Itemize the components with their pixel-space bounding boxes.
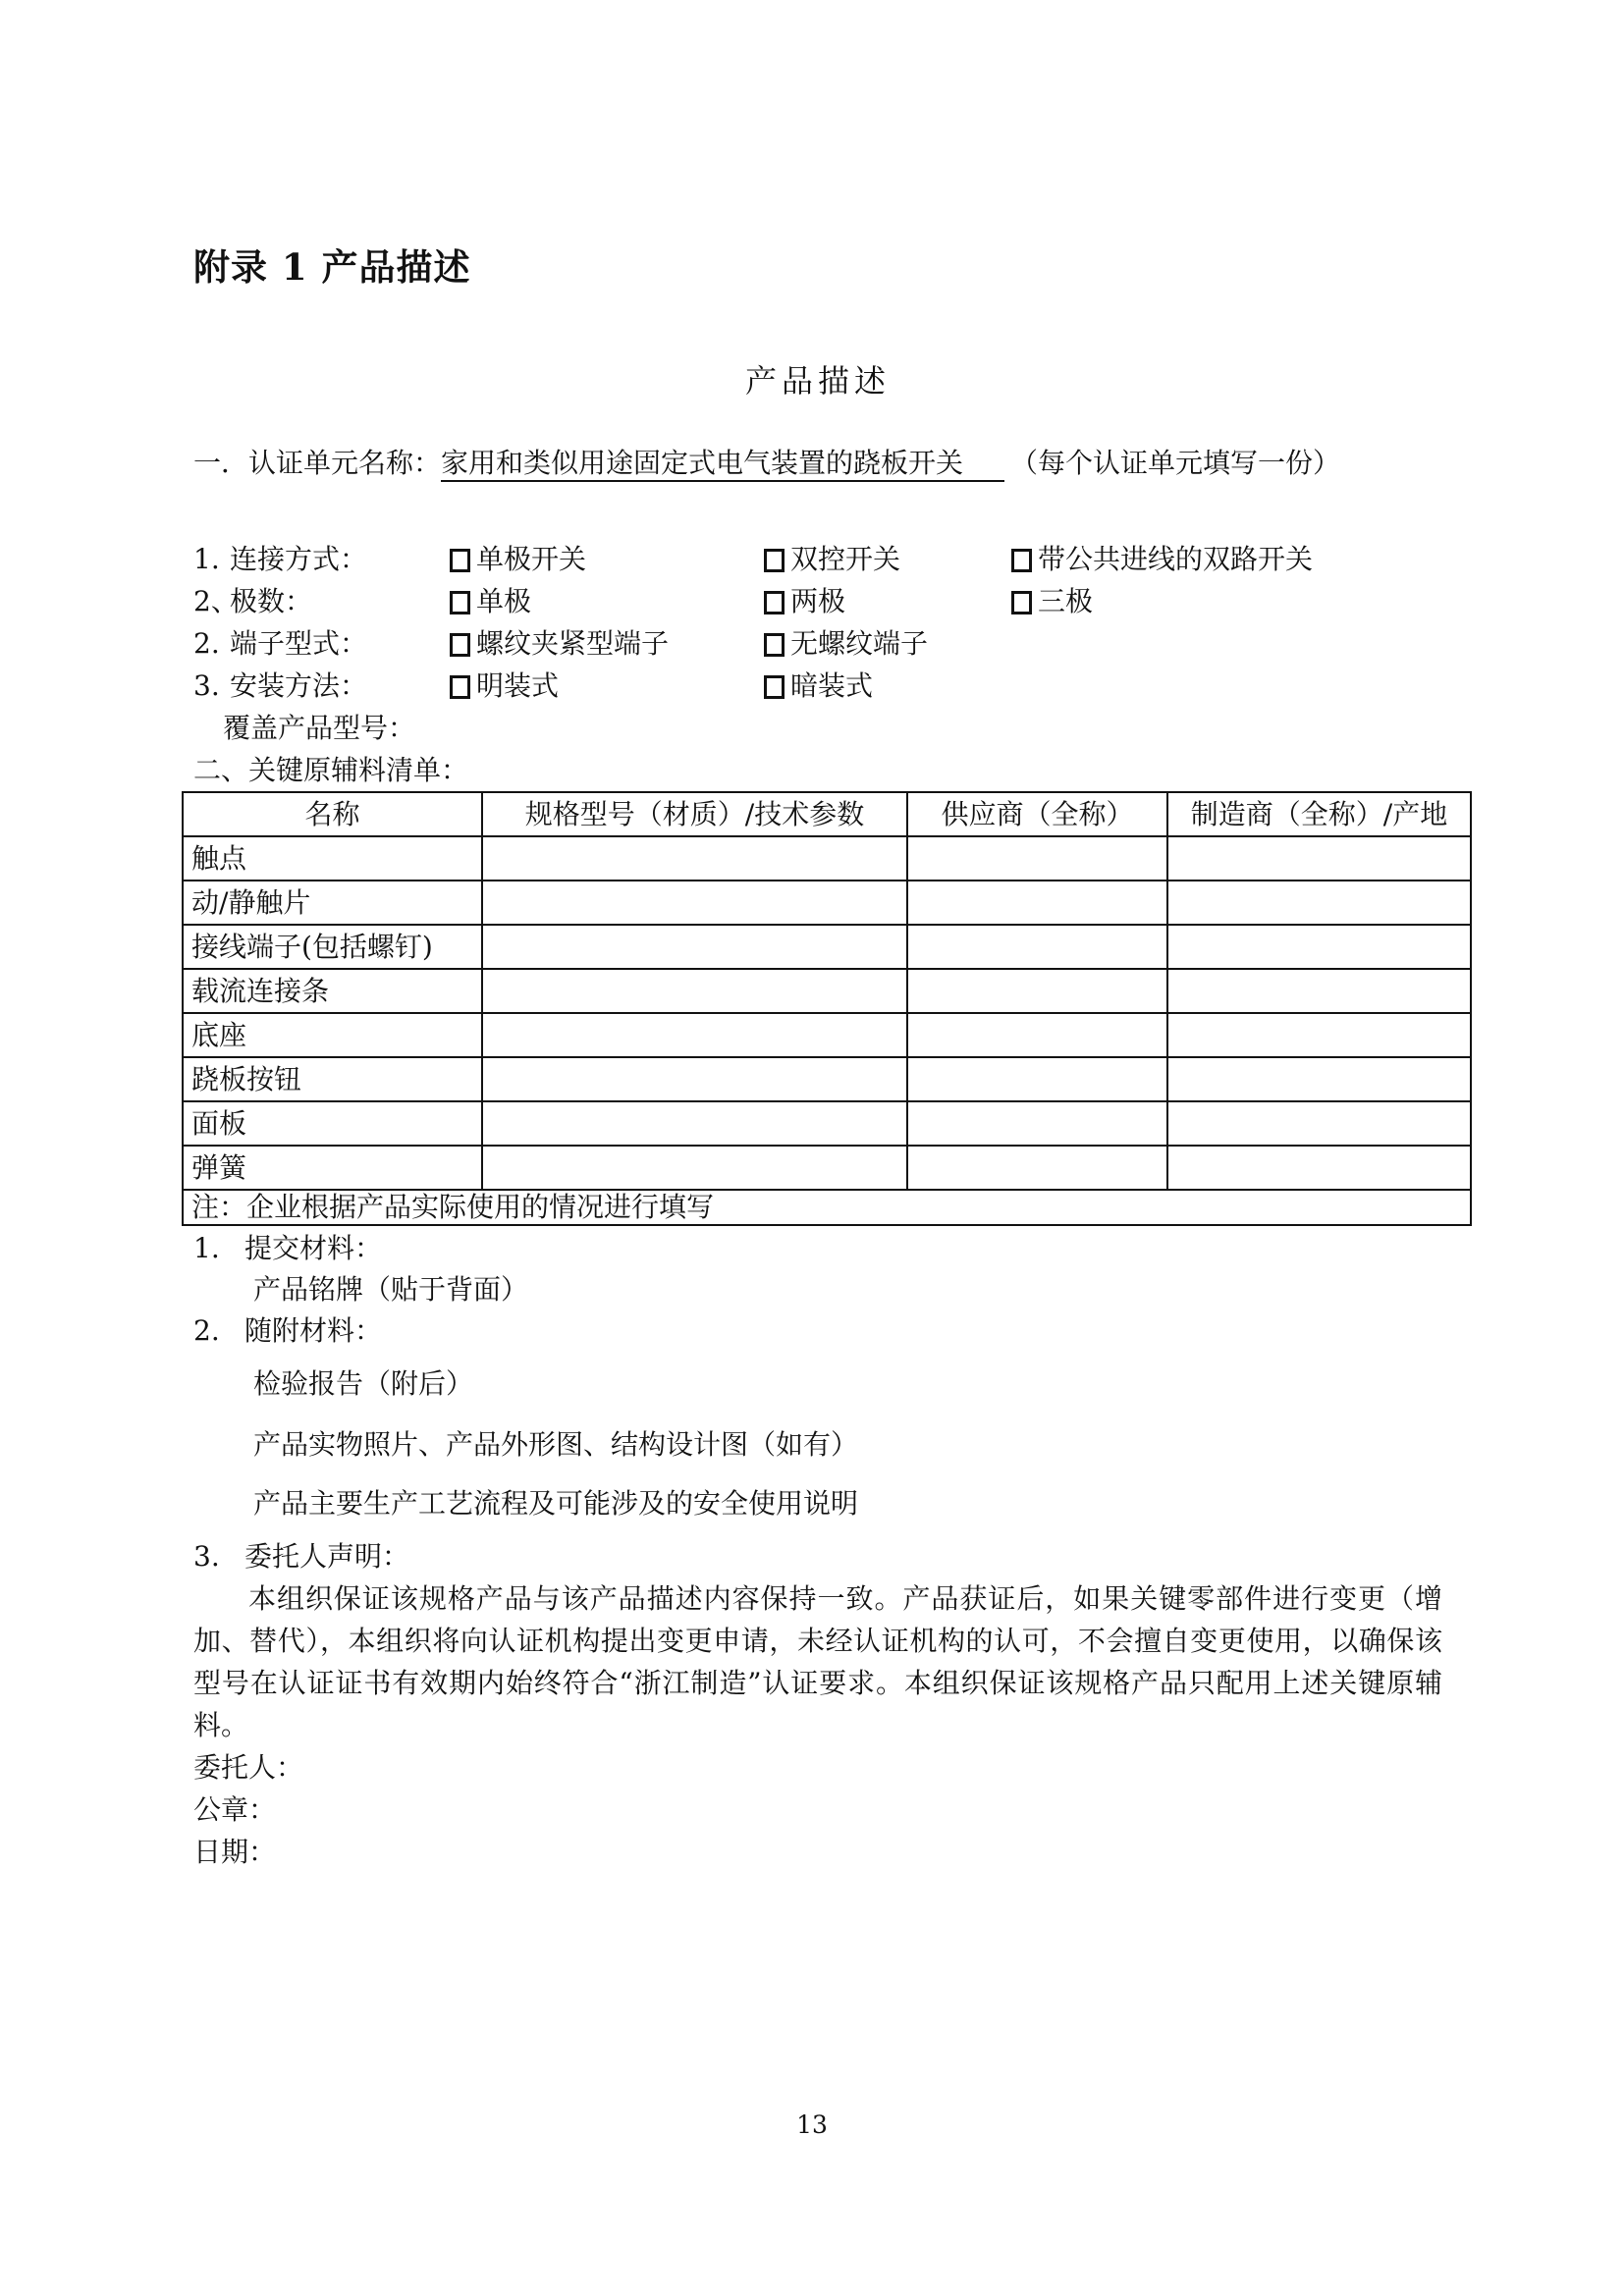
list-subitem-nameplate: 产品铭牌（贴于背面）: [253, 1269, 1442, 1310]
component-name-cell: 弹簧: [183, 1146, 482, 1190]
table-row: 触点: [183, 836, 1471, 881]
list-item-client-declaration: 3. 委托人声明：: [193, 1536, 1442, 1577]
table-row: 面板: [183, 1101, 1471, 1146]
choice-single-pole[interactable]: 单极: [450, 580, 764, 622]
manufacturer-cell: [1167, 881, 1471, 925]
declaration-paragraph: 本组织保证该规格产品与该产品描述内容保持一致。产品获证后，如果关键零部件进行变更…: [193, 1577, 1442, 1746]
choice-screwless-terminal[interactable]: 无螺纹端子: [764, 622, 1011, 665]
table-row: 动/静触片: [183, 881, 1471, 925]
spec-cell: [482, 969, 907, 1013]
choice-label: 螺纹夹紧型端子: [476, 622, 669, 665]
option-label: 端子型式：: [230, 622, 450, 665]
supplier-cell: [907, 925, 1167, 969]
list-number: 2.: [193, 1310, 244, 1352]
materials-list: 1. 提交材料： 产品铭牌（贴于背面） 2. 随附材料： 检验报告（附后） 产品…: [193, 1228, 1442, 1577]
official-seal-label: 公章：: [193, 1789, 1442, 1831]
supplier-cell: [907, 836, 1167, 881]
list-subitem-inspection-report: 检验报告（附后）: [253, 1363, 1442, 1405]
supplier-cell: [907, 881, 1167, 925]
option-label: 极数：: [230, 580, 450, 622]
manufacturer-cell: [1167, 1057, 1471, 1101]
option-label: 连接方式：: [230, 538, 450, 580]
choice-label: 单极开关: [476, 538, 586, 580]
checkbox-icon[interactable]: [450, 549, 470, 572]
manufacturer-cell: [1167, 1101, 1471, 1146]
choice-label: 明装式: [476, 665, 559, 707]
checkbox-icon[interactable]: [1011, 591, 1032, 614]
list-title: 随附材料：: [244, 1310, 382, 1352]
table-row: 载流连接条: [183, 969, 1471, 1013]
header-supplier: 供应商（全称）: [907, 792, 1167, 836]
list-subitem-production-process: 产品主要生产工艺流程及可能涉及的安全使用说明: [253, 1483, 1442, 1524]
supplier-cell: [907, 1101, 1167, 1146]
option-rows: 1. 连接方式： 单极开关 双控开关 带公共进线的双路开关 2、 极数： 单极 …: [193, 538, 1442, 749]
choice-label: 双控开关: [790, 538, 900, 580]
key-materials-section-label: 二、关键原辅料清单：: [193, 749, 1442, 791]
key-materials-table: 名称 规格型号（材质）/技术参数 供应商（全称） 制造商（全称）/产地 触点 动…: [182, 791, 1472, 1226]
choice-two-pole[interactable]: 两极: [764, 580, 1011, 622]
table-row: 弹簧: [183, 1146, 1471, 1190]
list-subitem-product-photos: 产品实物照片、产品外形图、结构设计图（如有）: [253, 1424, 1442, 1466]
choice-two-way-switch[interactable]: 双控开关: [764, 538, 1011, 580]
supplier-cell: [907, 969, 1167, 1013]
choice-label: 暗装式: [790, 665, 873, 707]
checkbox-icon[interactable]: [450, 633, 470, 657]
choice-double-circuit-switch[interactable]: 带公共进线的双路开关: [1011, 538, 1442, 580]
checkbox-icon[interactable]: [764, 591, 785, 614]
option-row-poles: 2、 极数： 单极 两极 三极: [193, 580, 1442, 622]
header-name: 名称: [183, 792, 482, 836]
unit-name-suffix: （每个认证单元填写一份）: [1010, 447, 1340, 479]
component-name-cell: 载流连接条: [183, 969, 482, 1013]
spec-cell: [482, 881, 907, 925]
list-title: 委托人声明：: [244, 1536, 409, 1577]
option-number: 1.: [193, 538, 230, 580]
choice-three-pole[interactable]: 三极: [1011, 580, 1442, 622]
choice-screw-clamp-terminal[interactable]: 螺纹夹紧型端子: [450, 622, 764, 665]
unit-name-value: 家用和类似用途固定式电气装置的跷板开关: [441, 447, 1004, 482]
date-label: 日期：: [193, 1831, 1442, 1873]
table-row: 跷板按钮: [183, 1057, 1471, 1101]
certification-unit-line: 一．认证单元名称：家用和类似用途固定式电气装置的跷板开关（每个认证单元填写一份）: [193, 442, 1442, 484]
client-signature-label: 委托人：: [193, 1746, 1442, 1789]
page-number: 13: [0, 2110, 1624, 2139]
choice-label: 两极: [790, 580, 845, 622]
document-content: 附录 1 产品描述 产品描述 一．认证单元名称：家用和类似用途固定式电气装置的跷…: [193, 245, 1442, 1873]
option-row-mounting-method: 3. 安装方法： 明装式 暗装式: [193, 665, 1442, 707]
option-number: 3.: [193, 665, 230, 707]
choice-label: 单极: [476, 580, 531, 622]
option-number: 2、: [193, 580, 230, 622]
choice-single-pole-switch[interactable]: 单极开关: [450, 538, 764, 580]
supplier-cell: [907, 1146, 1167, 1190]
checkbox-icon[interactable]: [1011, 549, 1032, 572]
checkbox-icon[interactable]: [450, 675, 470, 699]
supplier-cell: [907, 1057, 1167, 1101]
checkbox-icon[interactable]: [764, 633, 785, 657]
checkbox-icon[interactable]: [764, 675, 785, 699]
choice-surface-mounted[interactable]: 明装式: [450, 665, 764, 707]
list-number: 1.: [193, 1228, 244, 1269]
supplier-cell: [907, 1013, 1167, 1057]
spec-cell: [482, 1057, 907, 1101]
table-row: 底座: [183, 1013, 1471, 1057]
option-row-connection: 1. 连接方式： 单极开关 双控开关 带公共进线的双路开关: [193, 538, 1442, 580]
checkbox-icon[interactable]: [764, 549, 785, 572]
component-name-cell: 面板: [183, 1101, 482, 1146]
header-spec: 规格型号（材质）/技术参数: [482, 792, 907, 836]
checkbox-icon[interactable]: [450, 591, 470, 614]
manufacturer-cell: [1167, 836, 1471, 881]
header-manufacturer: 制造商（全称）/产地: [1167, 792, 1471, 836]
list-item-accompanying-materials: 2. 随附材料：: [193, 1310, 1442, 1352]
manufacturer-cell: [1167, 1146, 1471, 1190]
choice-flush-mounted[interactable]: 暗装式: [764, 665, 1011, 707]
option-label: 安装方法：: [230, 665, 450, 707]
table-header-row: 名称 规格型号（材质）/技术参数 供应商（全称） 制造商（全称）/产地: [183, 792, 1471, 836]
option-row-terminal-type: 2. 端子型式： 螺纹夹紧型端子 无螺纹端子: [193, 622, 1442, 665]
list-number: 3.: [193, 1536, 244, 1577]
spec-cell: [482, 1013, 907, 1057]
document-page: 附录 1 产品描述 产品描述 一．认证单元名称：家用和类似用途固定式电气装置的跷…: [0, 0, 1624, 2296]
appendix-heading: 附录 1 产品描述: [193, 245, 1442, 289]
component-name-cell: 接线端子(包括螺钉): [183, 925, 482, 969]
covered-models-label: 覆盖产品型号：: [223, 707, 1442, 749]
component-name-cell: 跷板按钮: [183, 1057, 482, 1101]
spec-cell: [482, 836, 907, 881]
unit-name-label: 一．认证单元名称：: [193, 447, 441, 479]
list-title: 提交材料：: [244, 1228, 382, 1269]
table-row: 接线端子(包括螺钉): [183, 925, 1471, 969]
component-name-cell: 动/静触片: [183, 881, 482, 925]
spec-cell: [482, 1101, 907, 1146]
manufacturer-cell: [1167, 969, 1471, 1013]
spec-cell: [482, 925, 907, 969]
manufacturer-cell: [1167, 1013, 1471, 1057]
document-title: 产品描述: [193, 359, 1442, 402]
manufacturer-cell: [1167, 925, 1471, 969]
table-note-row: 注：企业根据产品实际使用的情况进行填写: [183, 1190, 1471, 1225]
choice-label: 带公共进线的双路开关: [1038, 538, 1313, 580]
choice-label: 三极: [1038, 580, 1093, 622]
component-name-cell: 底座: [183, 1013, 482, 1057]
list-item-submitted-materials: 1. 提交材料：: [193, 1228, 1442, 1269]
choice-label: 无螺纹端子: [790, 622, 928, 665]
table-note: 注：企业根据产品实际使用的情况进行填写: [183, 1190, 1471, 1225]
spec-cell: [482, 1146, 907, 1190]
option-number: 2.: [193, 622, 230, 665]
component-name-cell: 触点: [183, 836, 482, 881]
